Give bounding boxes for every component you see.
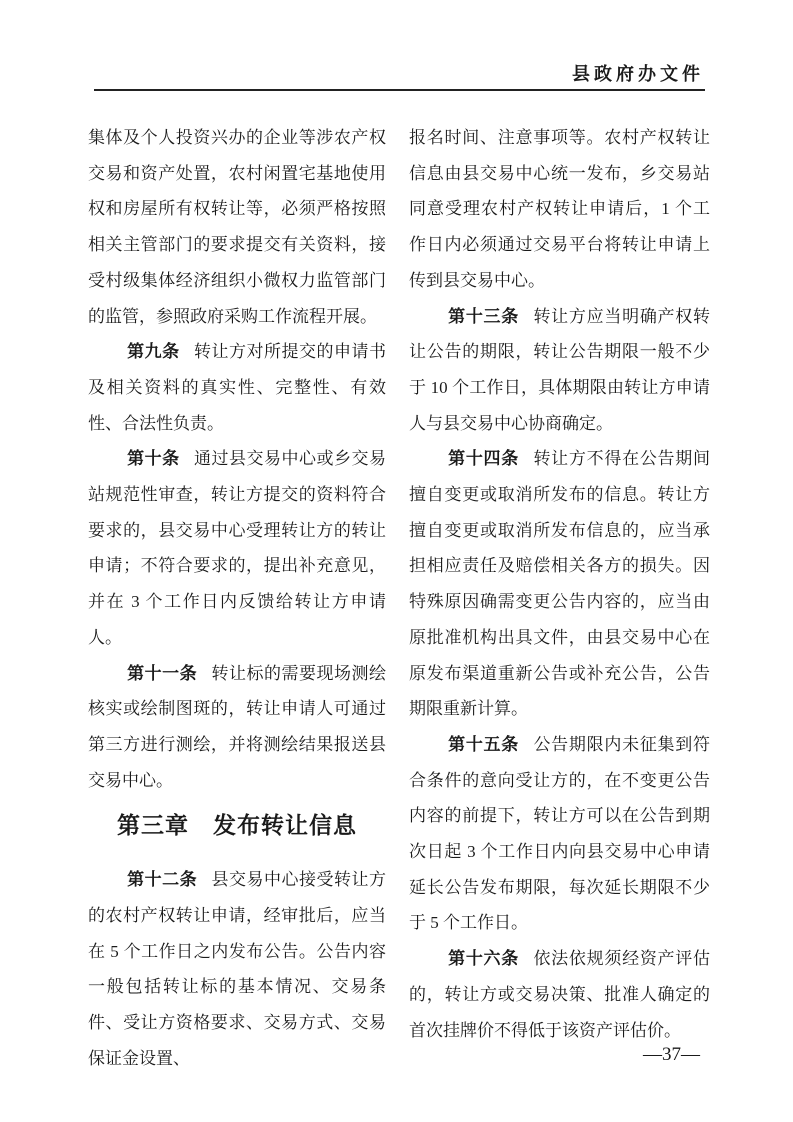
article-10-paragraph: 第十条通过县交易中心或乡交易站规范性审查，转让方提交的资料符合要求的，县交易中心… — [88, 441, 386, 655]
article-14-paragraph: 第十四条转让方不得在公告期间擅自变更或取消所发布的信息。转让方擅自变更或取消所发… — [409, 441, 710, 727]
chapter-3-heading: 第三章 发布转让信息 — [88, 810, 386, 840]
article-10-text: 通过县交易中心或乡交易站规范性审查，转让方提交的资料符合要求的，县交易中心受理转… — [88, 449, 386, 647]
header-doc-type-label: 县政府办文件 — [572, 60, 704, 86]
left-column: 集体及个人投资兴办的企业等涉农产权交易和资产处置，农村闲置宅基地使用权和房屋所有… — [88, 120, 386, 1077]
article-13-paragraph: 第十三条转让方应当明确产权转让公告的期限，转让公告期限一般不少于 10 个工作日… — [409, 299, 710, 442]
article-14-label: 第十四条 — [448, 449, 519, 468]
right-column: 报名时间、注意事项等。农村产权转让信息由县交易中心统一发布，乡交易站同意受理农村… — [409, 120, 710, 1048]
article-16-paragraph: 第十六条依法依规须经资产评估的，转让方或交易决策、批准人确定的首次挂牌价不得低于… — [409, 941, 710, 1048]
document-page: 县政府办文件 集体及个人投资兴办的企业等涉农产权交易和资产处置，农村闲置宅基地使… — [0, 0, 793, 1122]
article-12-text: 县交易中心接受转让方的农村产权转让申请，经审批后，应当在 5 个工作日之内发布公… — [88, 870, 386, 1068]
article-14-text: 转让方不得在公告期间擅自变更或取消所发布的信息。转让方擅自变更或取消所发布信息的… — [409, 449, 710, 718]
article-15-paragraph: 第十五条公告期限内未征集到符合条件的意向受让方的，在不变更公告内容的前提下，转让… — [409, 727, 710, 941]
article-10-label: 第十条 — [127, 449, 180, 468]
article-11-paragraph: 第十一条转让标的需要现场测绘核实或绘制图斑的，转让申请人可通过第三方进行测绘，并… — [88, 656, 386, 799]
paragraph-text: 报名时间、注意事项等。农村产权转让信息由县交易中心统一发布，乡交易站同意受理农村… — [409, 128, 710, 290]
article-15-label: 第十五条 — [448, 735, 519, 754]
article-16-label: 第十六条 — [448, 949, 519, 968]
continued-paragraph: 报名时间、注意事项等。农村产权转让信息由县交易中心统一发布，乡交易站同意受理农村… — [409, 120, 710, 299]
paragraph-text: 集体及个人投资兴办的企业等涉农产权交易和资产处置，农村闲置宅基地使用权和房屋所有… — [88, 128, 386, 326]
article-13-label: 第十三条 — [448, 307, 519, 326]
article-9-paragraph: 第九条转让方对所提交的申请书及相关资料的真实性、完整性、有效性、合法性负责。 — [88, 334, 386, 441]
continued-paragraph: 集体及个人投资兴办的企业等涉农产权交易和资产处置，农村闲置宅基地使用权和房屋所有… — [88, 120, 386, 334]
article-9-label: 第九条 — [127, 342, 180, 361]
article-11-label: 第十一条 — [127, 664, 197, 683]
header-divider-rule — [94, 89, 705, 91]
article-12-paragraph: 第十二条县交易中心接受转让方的农村产权转让申请，经审批后，应当在 5 个工作日之… — [88, 862, 386, 1076]
article-15-text: 公告期限内未征集到符合条件的意向受让方的，在不变更公告内容的前提下，转让方可以在… — [409, 735, 710, 933]
article-12-label: 第十二条 — [127, 870, 197, 889]
page-number: —37— — [643, 1044, 700, 1066]
